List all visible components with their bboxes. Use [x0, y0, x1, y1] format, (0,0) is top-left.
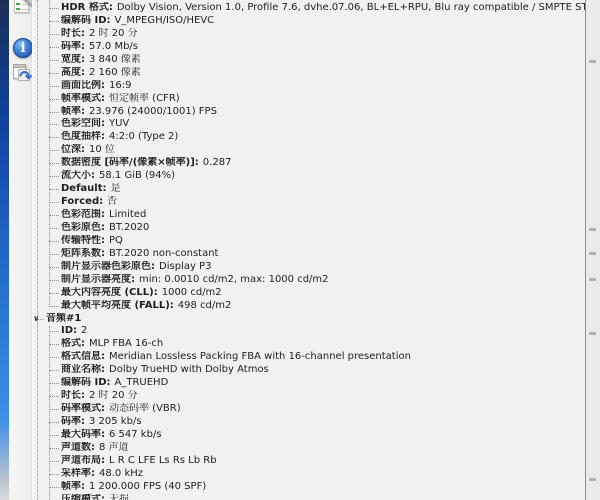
property-label: 帧率 — [61, 481, 85, 492]
tree-row[interactable]: 矩阵系数BT.2020 non-constant — [33, 248, 585, 261]
property-label: 编解码 ID — [61, 377, 111, 388]
property-label: 宽度 — [61, 54, 85, 65]
property-value: 2 — [81, 325, 87, 336]
tree-row[interactable]: 编解码 IDA_TRUEHD — [33, 377, 585, 390]
tree-row[interactable]: 制片显示器亮度min: 0.0010 cd/m2, max: 1000 cd/m… — [33, 274, 585, 287]
property-value: YUV — [109, 118, 129, 129]
tree-row[interactable]: 帧率模式恒定帧率 (CFR) — [33, 93, 585, 106]
tree-row[interactable]: ID2 — [33, 325, 585, 338]
property-value: 4:2:0 (Type 2) — [109, 131, 178, 142]
mediainfo-window: i ↷ HDR 格式Dolby Vision, Version 1.0, Pro… — [0, 0, 600, 500]
property-label: 色彩范围 — [61, 209, 105, 220]
property-value: 0.287 — [203, 157, 232, 168]
property-value: 58.1 GiB (94%) — [99, 170, 175, 181]
property-label: 流大小 — [61, 170, 95, 181]
property-value: Limited — [109, 209, 146, 220]
property-label: 制片显示器亮度 — [61, 274, 135, 285]
property-label: 码率 — [61, 41, 85, 52]
property-label: 格式 — [61, 338, 85, 349]
tree-row[interactable]: 声道布局L R C LFE Ls Rs Lb Rb — [33, 455, 585, 468]
clipped-fragment — [589, 228, 596, 231]
tree-row[interactable]: 格式MLP FBA 16-ch — [33, 338, 585, 351]
property-value: 1 200.000 FPS (40 SPF) — [89, 481, 206, 492]
tree-row[interactable]: 色彩范围Limited — [33, 209, 585, 222]
property-value: 3 840 像素 — [89, 54, 141, 65]
tree-row[interactable]: 画面比例16:9 — [33, 80, 585, 93]
property-value: L R C LFE Ls Rs Lb Rb — [109, 455, 217, 466]
property-label: 商业名称 — [61, 364, 105, 375]
clipped-fragment — [589, 60, 596, 63]
refresh-arrow-glyph: ↷ — [19, 67, 32, 86]
tree-row[interactable]: HDR 格式Dolby Vision, Version 1.0, Profile… — [33, 2, 585, 15]
info-glyph: i — [13, 39, 33, 58]
property-label: 色彩空间 — [61, 118, 105, 129]
property-label: 最大帧平均亮度 (FALL) — [61, 300, 174, 311]
property-label: 编解码 ID — [61, 15, 111, 26]
node-label: 音频#1 — [46, 313, 81, 324]
tree-row[interactable]: 声道数8 声道 — [33, 442, 585, 455]
property-label: 色度抽样 — [61, 131, 105, 142]
property-label: 采样率 — [61, 468, 95, 479]
property-value: min: 0.0010 cd/m2, max: 1000 cd/m2 — [139, 274, 329, 285]
property-value: BT.2020 non-constant — [109, 248, 218, 259]
property-label: 格式信息 — [61, 351, 105, 362]
property-value: 恒定帧率 (CFR) — [109, 93, 180, 104]
property-value: 23.976 (24000/1001) FPS — [89, 106, 217, 117]
property-value: 57.0 Mb/s — [89, 41, 138, 52]
tree-row[interactable]: 色彩原色BT.2020 — [33, 222, 585, 235]
tree-row[interactable]: 高度2 160 像素 — [33, 67, 585, 80]
clipped-fragment — [589, 278, 596, 281]
property-value: Display P3 — [159, 261, 211, 272]
property-label: 传输特性 — [61, 235, 105, 246]
property-value: 是 — [111, 183, 121, 194]
property-value: A_TRUEHD — [115, 377, 169, 388]
adjacent-panel-edge — [586, 0, 600, 500]
tree-row[interactable]: 帧率1 200.000 FPS (40 SPF) — [33, 481, 585, 494]
vertical-toolbar: i ↷ — [9, 0, 32, 500]
tree-row[interactable]: 压缩模式无损 — [33, 494, 585, 500]
property-value: 48.0 kHz — [99, 468, 143, 479]
property-label: 最大码率 — [61, 429, 105, 440]
property-value: 8 声道 — [99, 442, 129, 453]
tree-row[interactable]: Forced否 — [33, 196, 585, 209]
tree-row[interactable]: 最大内容亮度 (CLL)1000 cd/m2 — [33, 287, 585, 300]
tree-row[interactable]: 传输特性PQ — [33, 235, 585, 248]
property-value: V_MPEGH/ISO/HEVC — [115, 15, 215, 26]
property-value: Dolby TrueHD with Dolby Atmos — [109, 364, 269, 375]
property-value: 动态码率 (VBR) — [109, 403, 181, 414]
tree-row[interactable]: 流大小58.1 GiB (94%) — [33, 170, 585, 183]
window-edge-strip — [0, 0, 9, 500]
property-value: 498 cd/m2 — [178, 300, 232, 311]
property-label: 矩阵系数 — [61, 248, 105, 259]
property-value: 10 位 — [89, 144, 115, 155]
clipped-fragment — [589, 478, 596, 481]
tree-row[interactable]: 编解码 IDV_MPEGH/ISO/HEVC — [33, 15, 585, 28]
tree-row[interactable]: 格式信息Meridian Lossless Packing FBA with 1… — [33, 351, 585, 364]
property-label: 码率模式 — [61, 403, 105, 414]
tree-row[interactable]: 制片显示器色彩原色Display P3 — [33, 261, 585, 274]
tree-rows: HDR 格式Dolby Vision, Version 1.0, Profile… — [33, 0, 585, 500]
tree-row[interactable]: 商业名称Dolby TrueHD with Dolby Atmos — [33, 364, 585, 377]
tree-row[interactable]: 时长2 时 20 分 — [33, 390, 585, 403]
property-label: 时长 — [61, 390, 85, 401]
tree-node-audio-1[interactable]: ∨音频#1 — [33, 313, 585, 326]
property-label: HDR 格式 — [61, 2, 113, 13]
property-value: 6 547 kb/s — [109, 429, 162, 440]
chevron-down-icon[interactable]: ∨ — [33, 313, 43, 325]
clipped-fragment — [589, 332, 596, 335]
property-label: 制片显示器色彩原色 — [61, 261, 155, 272]
property-value: 3 205 kb/s — [89, 416, 142, 427]
tree-row[interactable]: 时长2 时 20 分 — [33, 28, 585, 41]
media-info-tree-panel[interactable]: HDR 格式Dolby Vision, Version 1.0, Profile… — [32, 0, 585, 500]
property-value: MLP FBA 16-ch — [89, 338, 163, 349]
tree-row[interactable]: 采样率48.0 kHz — [33, 468, 585, 481]
tree-row[interactable]: 色彩空间YUV — [33, 118, 585, 131]
property-value: 2 160 像素 — [89, 67, 141, 78]
tree-row[interactable]: 最大帧平均亮度 (FALL)498 cd/m2 — [33, 300, 585, 313]
property-value: 2 时 20 分 — [89, 28, 138, 39]
property-label: 位深 — [61, 144, 85, 155]
property-label: 时长 — [61, 28, 85, 39]
tree-row[interactable]: 码率3 205 kb/s — [33, 416, 585, 429]
tree-row[interactable]: 码率57.0 Mb/s — [33, 41, 585, 54]
property-value: 16:9 — [109, 80, 131, 91]
property-label: 声道数 — [61, 442, 95, 453]
tree-row[interactable]: 帧率23.976 (24000/1001) FPS — [33, 106, 585, 119]
property-label: 最大内容亮度 (CLL) — [61, 287, 158, 298]
property-value: 2 时 20 分 — [89, 390, 138, 401]
property-value: BT.2020 — [109, 222, 149, 233]
property-label: 色彩原色 — [61, 222, 105, 233]
property-value: 1000 cd/m2 — [162, 287, 222, 298]
property-value: Meridian Lossless Packing FBA with 16-ch… — [109, 351, 411, 362]
tree-row[interactable]: 宽度3 840 像素 — [33, 54, 585, 67]
tree-row[interactable]: 数据密度 [码率/(像素×帧率)]0.287 — [33, 157, 585, 170]
property-label: 码率 — [61, 416, 85, 427]
tree-row[interactable]: 位深10 位 — [33, 144, 585, 157]
property-value: 无损 — [109, 494, 129, 500]
property-label: ID — [61, 325, 77, 336]
tree-row[interactable]: 码率模式动态码率 (VBR) — [33, 403, 585, 416]
property-value: Dolby Vision, Version 1.0, Profile 7.6, … — [117, 2, 585, 13]
property-value: PQ — [109, 235, 123, 246]
property-label: 画面比例 — [61, 80, 105, 91]
property-label: 高度 — [61, 67, 85, 78]
property-value: 否 — [107, 196, 117, 207]
property-label: 声道布局 — [61, 455, 105, 466]
property-label: 数据密度 [码率/(像素×帧率)] — [61, 157, 199, 168]
clipped-fragment — [589, 252, 596, 255]
property-label: Forced — [61, 196, 103, 207]
tree-row[interactable]: 色度抽样4:2:0 (Type 2) — [33, 131, 585, 144]
property-label: 帧率 — [61, 106, 85, 117]
property-label: Default — [61, 183, 107, 194]
property-label: 帧率模式 — [61, 93, 105, 104]
tree-row[interactable]: Default是 — [33, 183, 585, 196]
tree-row[interactable]: 最大码率6 547 kb/s — [33, 429, 585, 442]
property-label: 压缩模式 — [61, 494, 105, 500]
